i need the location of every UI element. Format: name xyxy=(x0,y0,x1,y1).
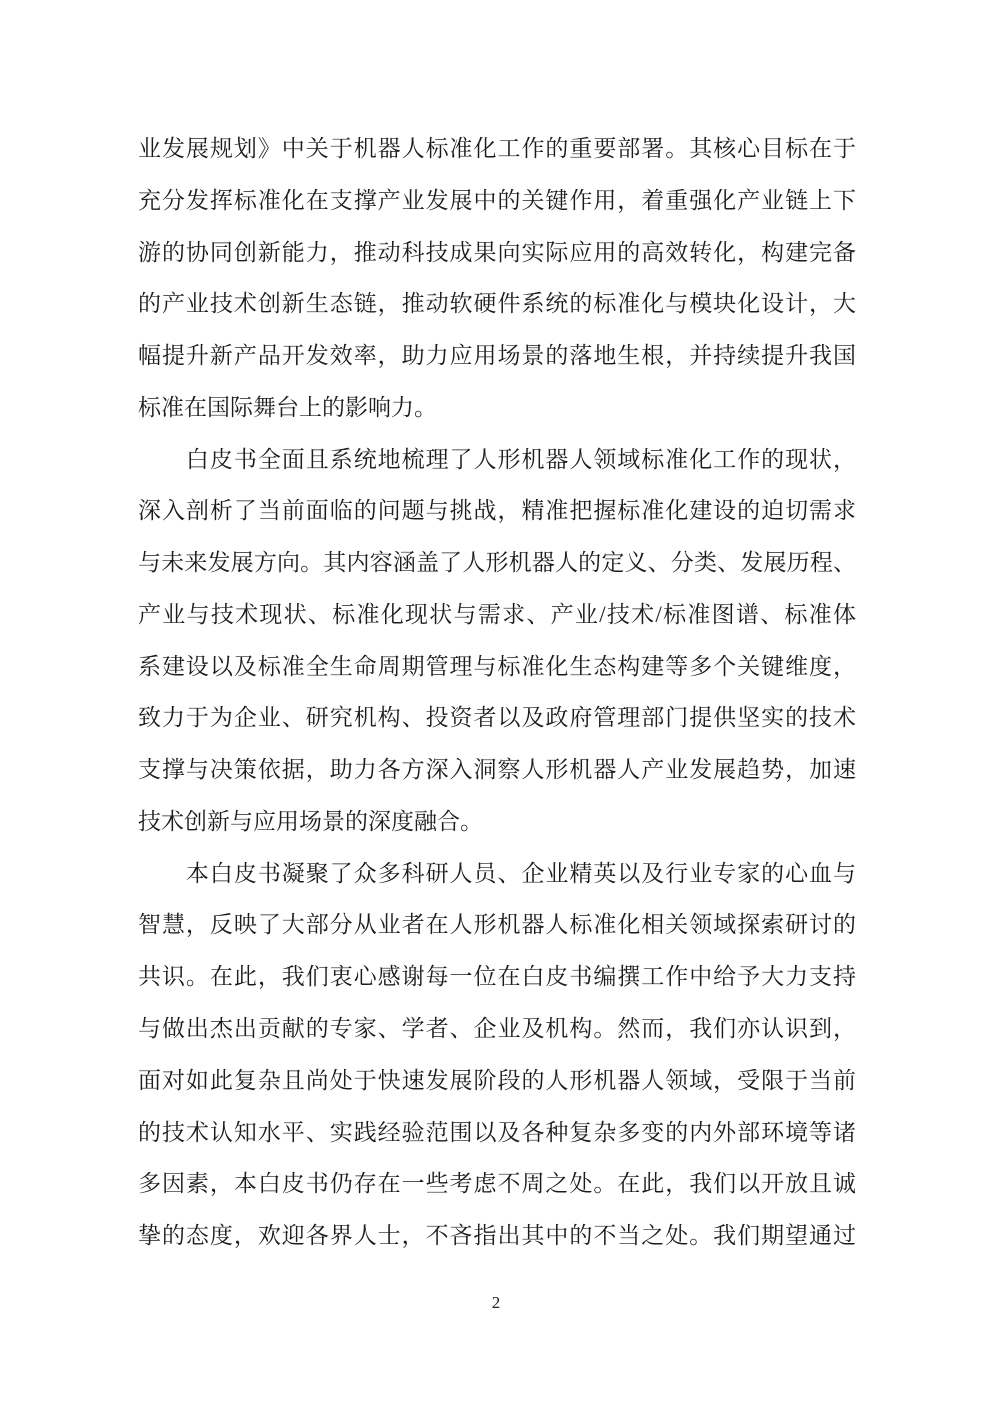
text-line: 幅提升新产品开发效率，助力应用场景的落地生根，并持续提升我国 xyxy=(138,330,856,382)
document-page: 业发展规划》中关于机器人标准化工作的重要部署。其核心目标在于 充分发挥标准化在支… xyxy=(0,0,992,1403)
text-line: 深入剖析了当前面临的问题与挑战，精准把握标准化建设的迫切需求 xyxy=(138,485,856,537)
text-line: 智慧，反映了大部分从业者在人形机器人标准化相关领域探索研讨的 xyxy=(138,899,856,951)
text-line: 的产业技术创新生态链，推动软硬件系统的标准化与模块化设计，大 xyxy=(138,278,856,330)
text-line: 产业与技术现状、标准化现状与需求、产业/技术/标准图谱、标准体 xyxy=(138,589,856,641)
page-number: 2 xyxy=(0,1291,992,1315)
text-line: 标准在国际舞台上的影响力。 xyxy=(138,382,856,434)
text-line: 技术创新与应用场景的深度融合。 xyxy=(138,796,856,848)
text-line: 挚的态度，欢迎各界人士，不吝指出其中的不当之处。我们期望通过 xyxy=(138,1210,856,1262)
text-line: 致力于为企业、研究机构、投资者以及政府管理部门提供坚实的技术 xyxy=(138,692,856,744)
text-line: 面对如此复杂且尚处于快速发展阶段的人形机器人领域，受限于当前 xyxy=(138,1055,856,1107)
text-line: 业发展规划》中关于机器人标准化工作的重要部署。其核心目标在于 xyxy=(138,123,856,175)
text-line: 本白皮书凝聚了众多科研人员、企业精英以及行业专家的心血与 xyxy=(138,848,856,900)
text-line: 充分发挥标准化在支撑产业发展中的关键作用，着重强化产业链上下 xyxy=(138,175,856,227)
body-text: 业发展规划》中关于机器人标准化工作的重要部署。其核心目标在于 充分发挥标准化在支… xyxy=(138,123,856,1262)
text-line: 多因素，本白皮书仍存在一些考虑不周之处。在此，我们以开放且诚 xyxy=(138,1158,856,1210)
text-line: 与未来发展方向。其内容涵盖了人形机器人的定义、分类、发展历程、 xyxy=(138,537,856,589)
text-line: 与做出杰出贡献的专家、学者、企业及机构。然而，我们亦认识到， xyxy=(138,1003,856,1055)
text-line: 的技术认知水平、实践经验范围以及各种复杂多变的内外部环境等诸 xyxy=(138,1107,856,1159)
text-line: 支撑与决策依据，助力各方深入洞察人形机器人产业发展趋势，加速 xyxy=(138,744,856,796)
text-line: 游的协同创新能力，推动科技成果向实际应用的高效转化，构建完备 xyxy=(138,227,856,279)
text-line: 白皮书全面且系统地梳理了人形机器人领域标准化工作的现状， xyxy=(138,434,856,486)
text-line: 系建设以及标准全生命周期管理与标准化生态构建等多个关键维度， xyxy=(138,641,856,693)
text-line: 共识。在此，我们衷心感谢每一位在白皮书编撰工作中给予大力支持 xyxy=(138,951,856,1003)
